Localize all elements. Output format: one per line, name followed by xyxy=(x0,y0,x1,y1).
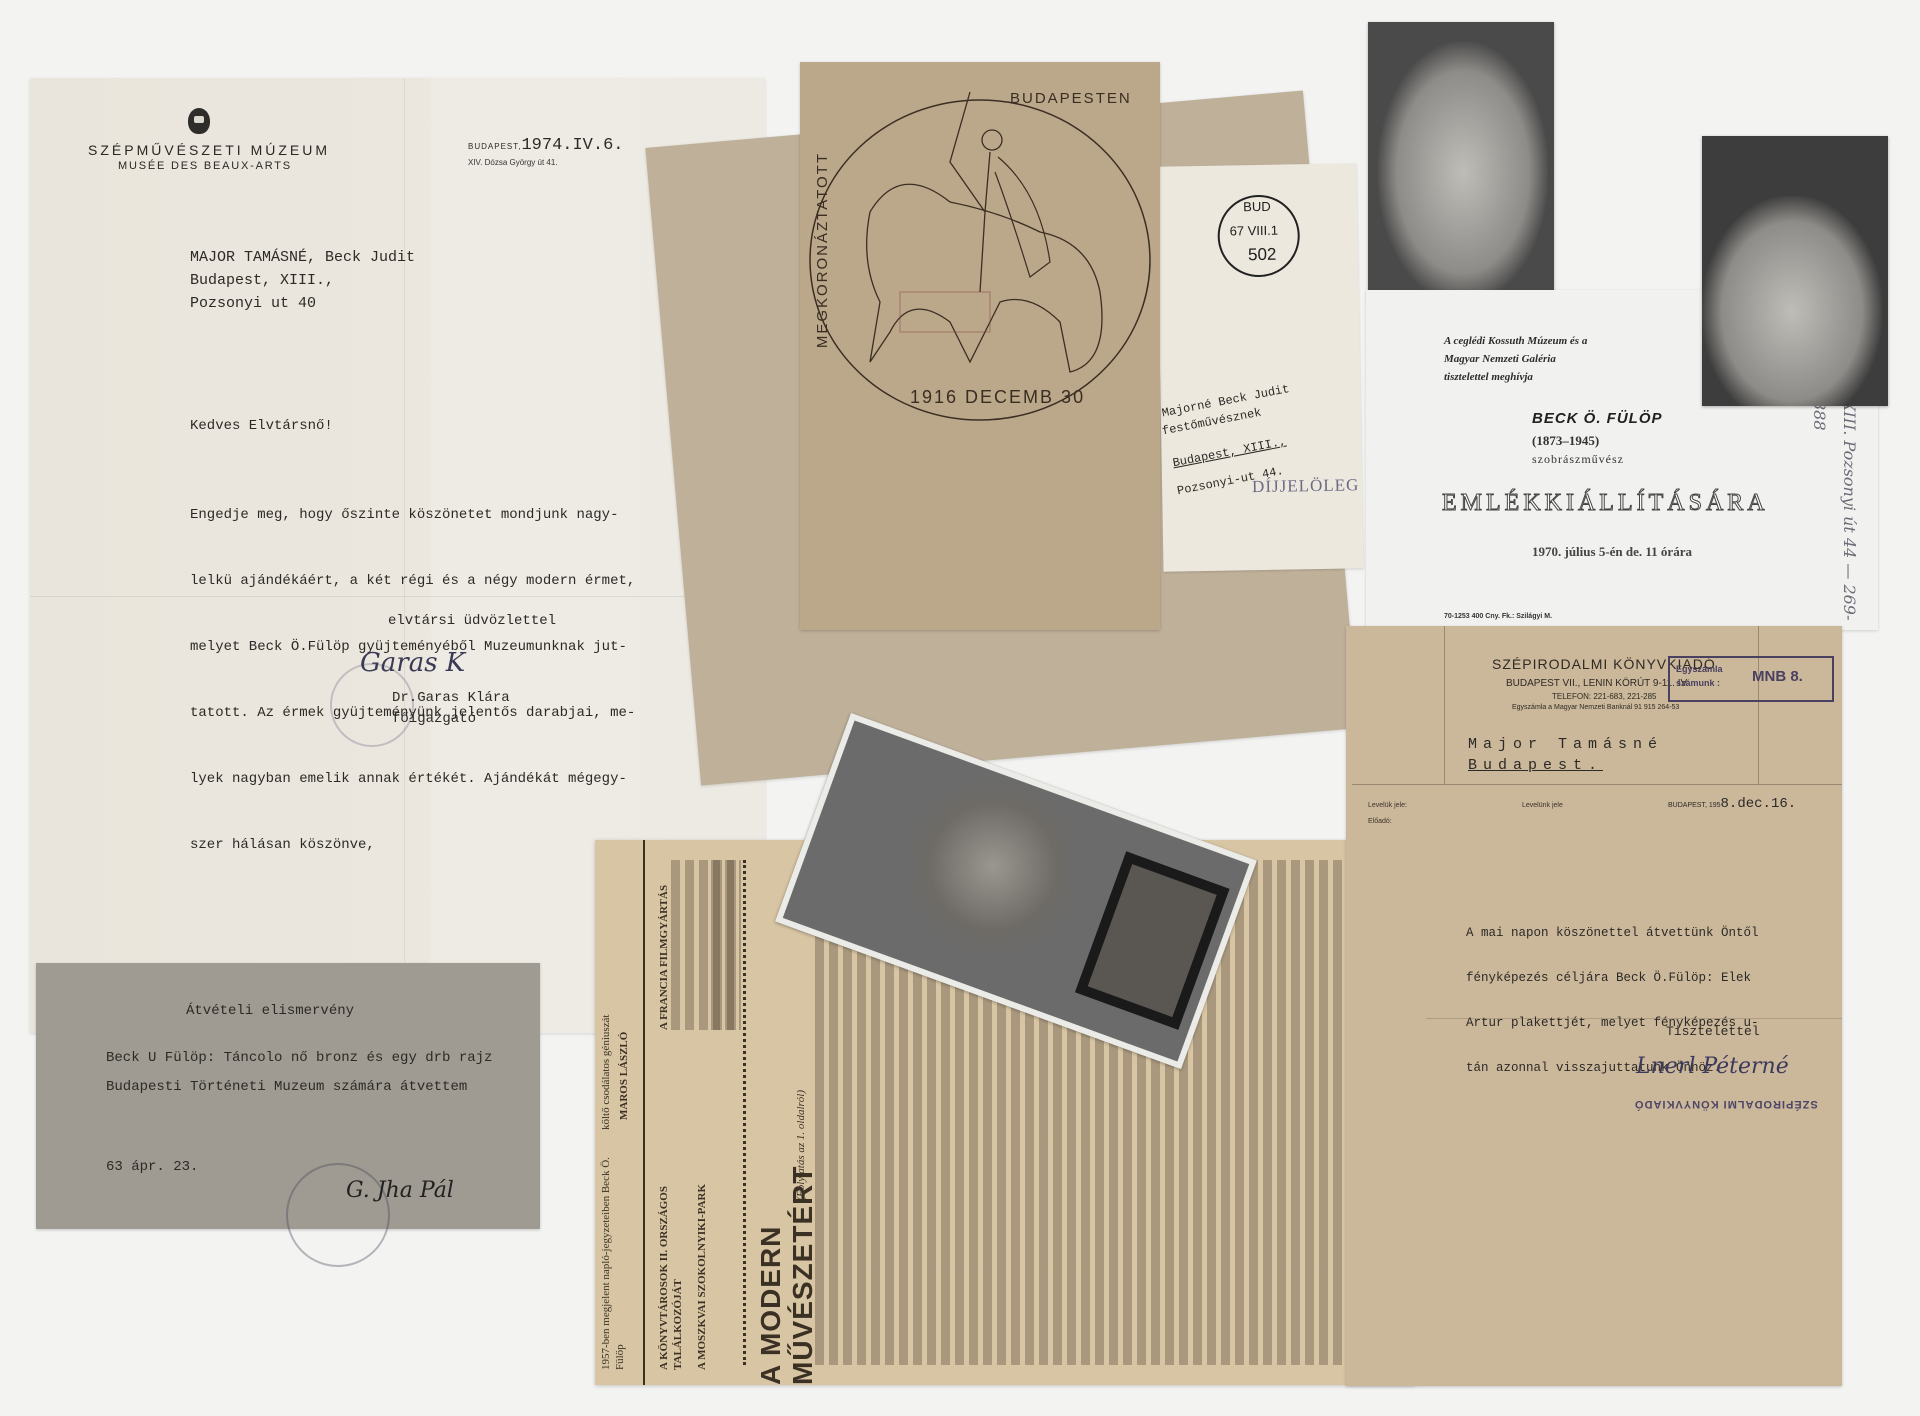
header-rule xyxy=(1352,784,1842,785)
stamp-label-line: számunk : xyxy=(1676,676,1723,690)
greeting: Kedves Elvtársnő! xyxy=(190,418,333,434)
statue-figure xyxy=(1702,196,1882,406)
artist-name: BECK Ö. FÜLÖP xyxy=(1532,410,1663,427)
statue-figure xyxy=(1378,42,1548,302)
postmark-top: BUD xyxy=(1243,199,1271,214)
place-label: BUDAPEST, xyxy=(468,142,521,151)
letter-body: Engedje meg, hogy őszinte köszönetet mon… xyxy=(190,460,635,900)
receipt-card: Átvételi elismervény Beck U Fülöp: Tánco… xyxy=(36,963,540,1229)
artist-role: szobrászművész xyxy=(1532,452,1624,467)
body-line: Engedje meg, hogy őszinte köszönetet mon… xyxy=(190,504,635,526)
event-datetime: 1970. július 5-én de. 11 órára xyxy=(1532,544,1692,560)
body-line: fényképezés céljára Beck Ö.Fülöp: Elek xyxy=(1466,971,1759,986)
margin-line xyxy=(1444,626,1445,784)
handwritten-signature: G. Jha Pál xyxy=(346,1178,454,1203)
inscription-left: MEGKORONÁZTATOTT xyxy=(814,152,831,348)
recipient-line: Pozsonyi ut 40 xyxy=(190,292,415,315)
decorative-divider xyxy=(743,860,750,1365)
body-text xyxy=(711,860,741,1030)
publisher-bank: Egyszámla a Magyar Nemzeti Banknál 91 91… xyxy=(1512,704,1679,711)
margin-line xyxy=(1758,626,1759,784)
subheadline: (Folytatás az 1. oldalról) xyxy=(795,1090,807,1201)
field-handler: Előadó: xyxy=(1368,818,1392,825)
fee-paid-stamp: DÍJJELÖLEG xyxy=(1252,475,1360,497)
letterhead-institution: SZÉPMŰVÉSZETI MÚZEUM xyxy=(88,142,330,158)
address-line: Budapest, XIII., xyxy=(1172,435,1288,471)
section-heading: A FRANCIA FILMGYÁRTÁS xyxy=(657,860,671,1030)
organizers: A ceglédi Kossuth Múzeum és a Magyar Nem… xyxy=(1444,332,1587,386)
signer-block: Dr.Garas Klára főigazgató xyxy=(392,688,510,730)
equestrian-medal-sketch xyxy=(800,62,1160,630)
account-stamp-label: Egyszámla számunk : xyxy=(1676,662,1723,690)
inscription-right: BUDAPESTEN xyxy=(1010,90,1132,107)
recipient-line: Budapest. xyxy=(1468,755,1663,776)
byline: MAROS LÁSZLÓ xyxy=(617,860,631,1120)
signer-name: Dr.Garas Klára xyxy=(392,688,510,709)
postmark-number: 502 xyxy=(1248,245,1277,265)
receipt-line: Budapesti Történeti Muzeum számára átvet… xyxy=(106,1079,467,1095)
section-heading: A KÖNYVTÁROSOK II. ORSZÁGOS TALÁLKOZÓJÁT xyxy=(657,1140,685,1370)
section-heading: A MOSZKVAI SZOKOLNYIKI-PARK xyxy=(695,1140,709,1370)
artist-lifespan: (1873–1945) xyxy=(1532,433,1599,449)
organizer-line: A ceglédi Kossuth Múzeum és a xyxy=(1444,332,1587,350)
receipt-date: 63 ápr. 23. xyxy=(106,1159,198,1175)
mirrored-stamp: SZÉPIRODALMI KÖNYVKIADÓ xyxy=(1634,1098,1818,1110)
event-title: EMLÉKKIÁLLÍTÁSÁRA xyxy=(1442,490,1769,517)
handwritten-signature: Lnerl Péterné xyxy=(1636,1054,1789,1079)
sender-address: XIV. Dózsa György út 41. xyxy=(468,158,558,167)
body-line: A mai napon köszönettel átvettünk Öntől xyxy=(1466,926,1759,941)
postal-wrapper: BUD 67 VIII.1 502 Majorné Beck Judit fes… xyxy=(1156,163,1363,571)
letter-date: BUDAPEST,1974.IV.6. xyxy=(468,136,624,155)
body-line: lyek nagyban emelik annak értékét. Ajánd… xyxy=(190,768,635,790)
recipient-line: MAJOR TAMÁSNÉ, Beck Judit xyxy=(190,246,415,269)
bust-figure xyxy=(878,751,1109,982)
printer-imprint: 70-1253 400 Cny. Fk.: Szilágyi M. xyxy=(1444,613,1552,620)
organizer-line: tisztelettel meghívja xyxy=(1444,368,1587,386)
photo-angel-statue xyxy=(1368,22,1554,302)
photo-angel-upward xyxy=(1702,136,1888,406)
field-their-ref: Levelük jele: xyxy=(1368,802,1407,809)
snippet: költő csodálatos géniuszát xyxy=(599,930,613,1130)
date-value: 8.dec.16. xyxy=(1721,796,1797,812)
headline: A MODERN MŰVÉSZETÉRT xyxy=(755,1035,819,1385)
place-label: BUDAPEST, 195 xyxy=(1668,802,1721,809)
recipient-line: Budapest, XIII., xyxy=(190,269,415,292)
column-rule xyxy=(643,840,645,1385)
date-value: 1974.IV.6. xyxy=(521,136,623,155)
recipient-line: Major Tamásné xyxy=(1468,734,1663,755)
letter-date: BUDAPEST, 1958.dec.16. xyxy=(1668,796,1796,812)
handwritten-note: XIII. Pozsonyi út 44 — 269-888 xyxy=(1804,400,1864,630)
receipt-line: Beck U Fülöp: Táncolo nő bronz és egy dr… xyxy=(106,1050,492,1066)
publisher-letter: SZÉPIRODALMI KÖNYVKIADÓ BUDAPEST VII., L… xyxy=(1346,626,1842,1386)
body-line: szer hálásan köszönve, xyxy=(190,834,635,856)
publisher-telephone: TELEFON: 221-683, 221-285 xyxy=(1552,692,1657,701)
organizer-line: Magyar Nemzeti Galéria xyxy=(1444,350,1587,368)
closing: Tisztelettel xyxy=(1666,1024,1760,1039)
snippet: 1957-ben megjelent napló-jegyzeteiben Be… xyxy=(599,1140,627,1370)
account-stamp: Egyszámla számunk : MNB 8. xyxy=(1668,656,1834,702)
coat-of-arms-icon xyxy=(188,108,210,134)
signer-title: főigazgató xyxy=(392,709,510,730)
letterhead-institution-fr: MUSÉE DES BEAUX-ARTS xyxy=(118,160,292,172)
handwritten-signature: Garas K xyxy=(360,648,465,678)
recipient-block: MAJOR TAMÁSNÉ, Beck Judit Budapest, XIII… xyxy=(190,246,415,315)
account-stamp-value: MNB 8. xyxy=(1752,668,1803,685)
body-line: lelkü ajándékáért, a két régi és a négy … xyxy=(190,570,635,592)
postmark-date: 67 VIII.1 xyxy=(1229,223,1278,239)
closing: elvtársi üdvözlettel xyxy=(388,613,556,629)
inscription-bottom: 1916 DECEMB 30 xyxy=(910,387,1085,408)
field-our-ref: Levelünk jele xyxy=(1522,802,1563,809)
medal-sketch-drawing: MEGKORONÁZTATOTT BUDAPESTEN 1916 DECEMB … xyxy=(800,62,1160,630)
recipient-block: Major Tamásné Budapest. xyxy=(1468,734,1663,776)
stamp-label-line: Egyszámla xyxy=(1676,662,1723,676)
receipt-title: Átvételi elismervény xyxy=(186,1003,354,1019)
publisher-address: BUDAPEST VII., LENIN KÖRÚT 9-11. IV. xyxy=(1506,678,1689,689)
